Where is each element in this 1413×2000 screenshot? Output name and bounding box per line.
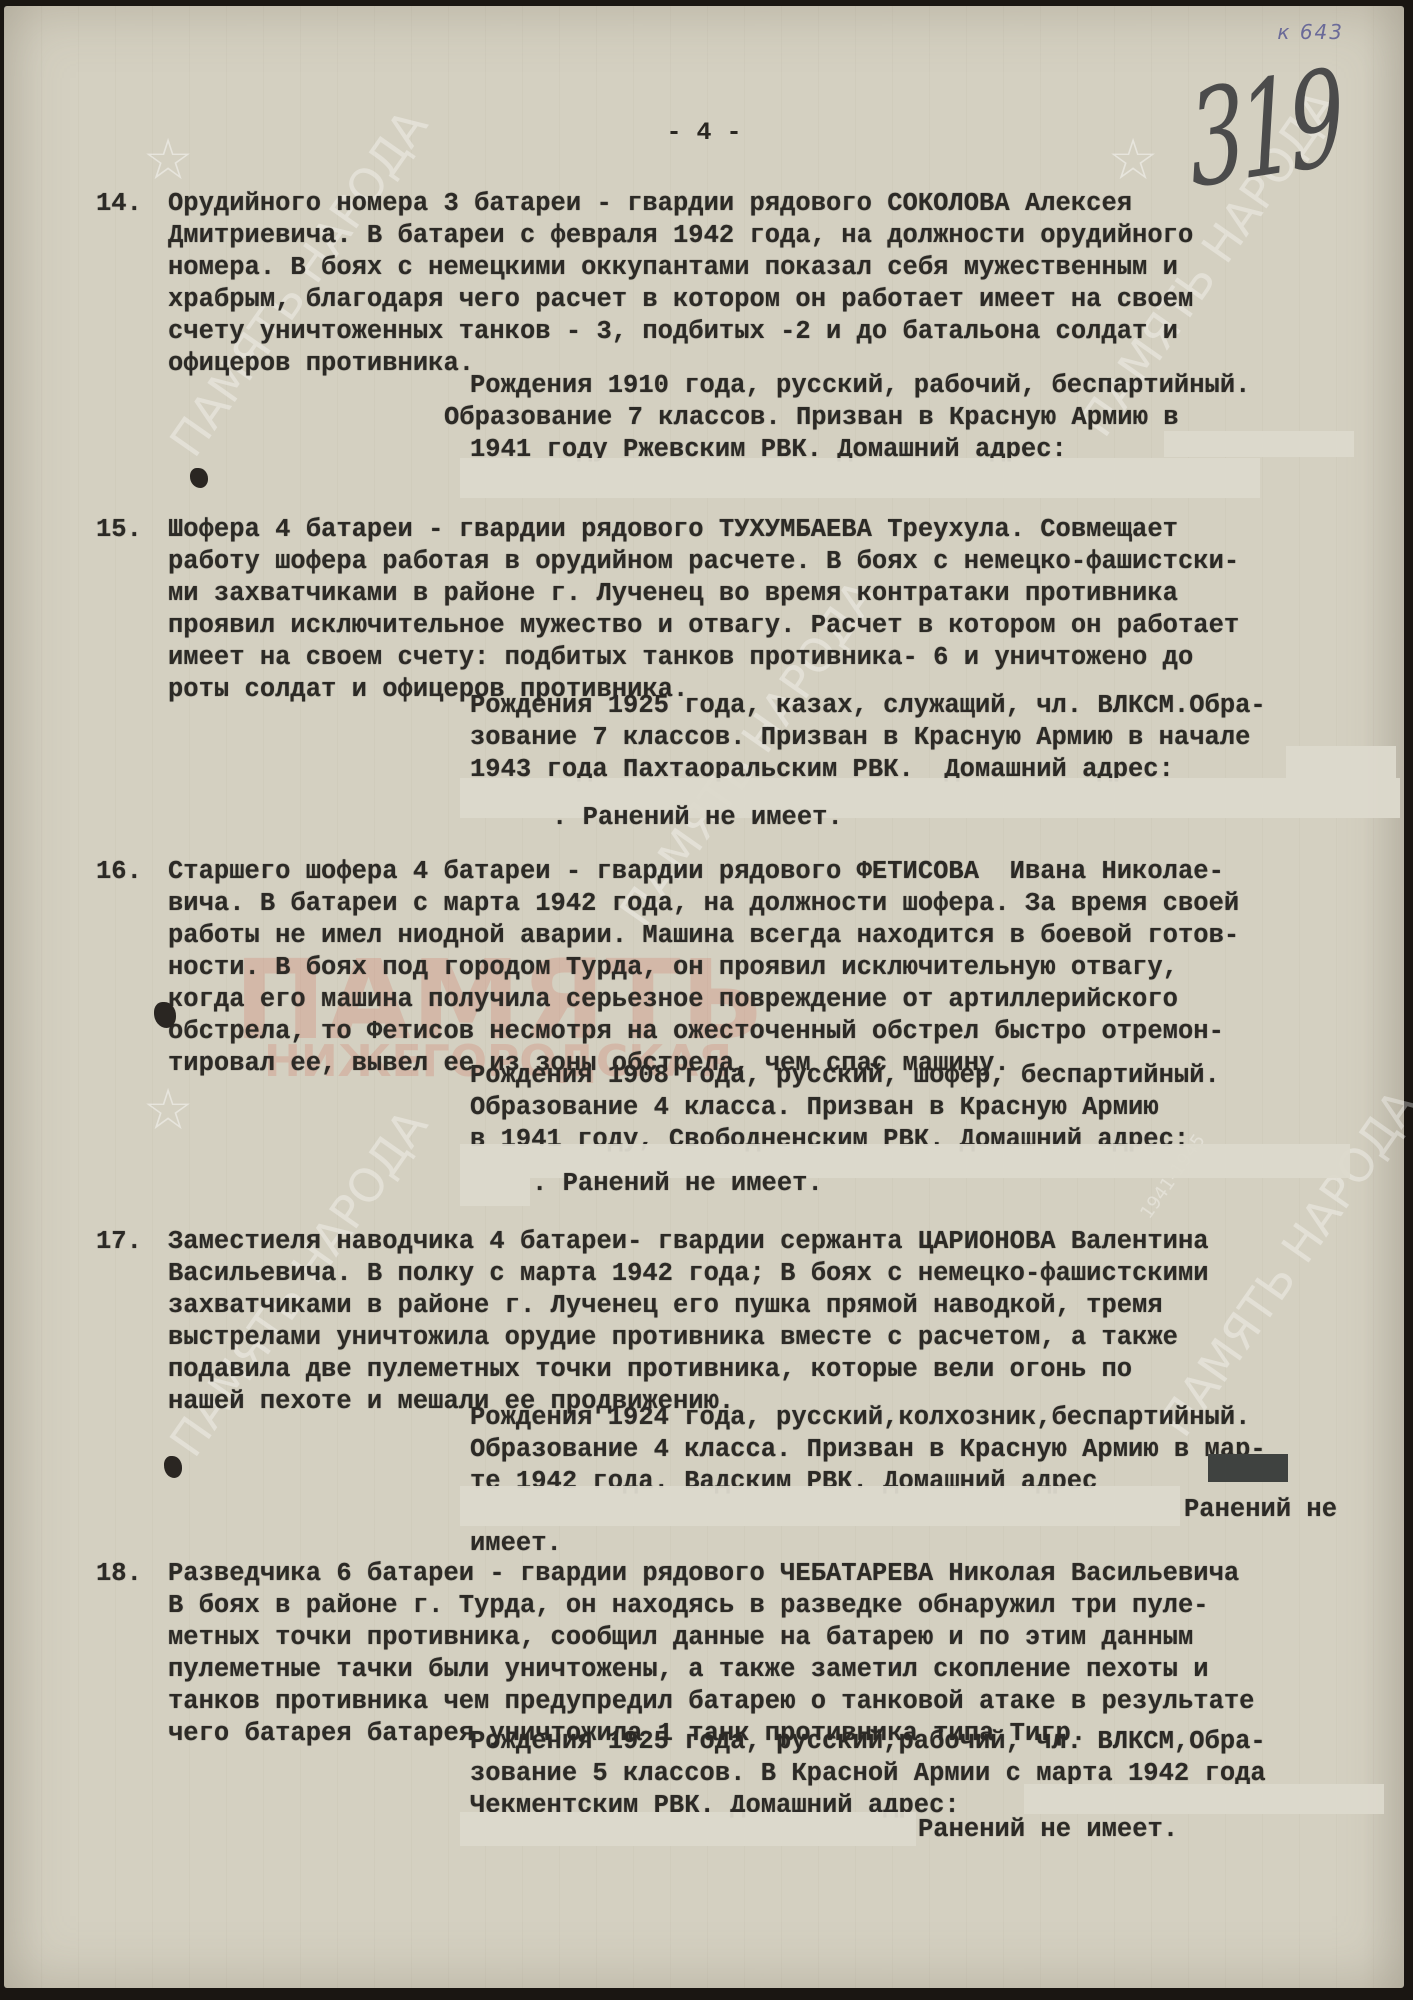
entry-line: метных точки противника, сообщил данные … [168, 1622, 1193, 1655]
entry-line: работу шофера работая в орудийном расчет… [168, 546, 1239, 579]
redacted-address [460, 1486, 1180, 1526]
entry-line: Заместиеля наводчика 4 батареи- гвардии … [168, 1226, 1209, 1259]
bio-line: Рождения 1924 года, русский,колхозник,бе… [470, 1402, 1250, 1435]
wounds-status: . Ранений не имеет. [552, 802, 843, 835]
redacted-address [460, 458, 1260, 498]
entry-line: подавила две пулеметных точки противника… [168, 1354, 1132, 1387]
entry-number: 16. [96, 856, 142, 889]
entry-line: ности. В боях под городом Турда, он проя… [168, 952, 1178, 985]
entry-line: Орудийного номера 3 батареи - гвардии ря… [168, 188, 1132, 221]
document-page: ☆ ☆ ☆ ПАМЯТЬ НАРОДА ПАМЯТЬ НАРОДА ПАМЯТЬ… [4, 6, 1404, 1988]
redacted-address [1286, 746, 1396, 778]
entry-line: захватчиками в районе г. Лученец его пуш… [168, 1290, 1163, 1323]
bio-line: Образование 7 классов. Призван в Красную… [444, 402, 1179, 435]
entry-line: вича. В батареи с марта 1942 года, на до… [168, 888, 1239, 921]
entry-number: 14. [96, 188, 142, 221]
entry-line: танков противника чем предупредил батаре… [168, 1686, 1254, 1719]
entry-line: Васильевича. В полку с марта 1942 года; … [168, 1258, 1209, 1291]
entry-line: храбрым, благодаря чего расчет в котором… [168, 284, 1193, 317]
entry-line: обстрела, то Фетисов несмотря на ожесточ… [168, 1016, 1224, 1049]
wounds-status: Ранений не [1184, 1494, 1337, 1527]
wounds-status: Ранений не имеет. [918, 1814, 1178, 1847]
entry-line: имеет на своем счету: подбитых танков пр… [168, 642, 1193, 675]
entry-line: Старшего шофера 4 батареи - гвардии рядо… [168, 856, 1224, 889]
bio-line: Образование 4 класса. Призван в Красную … [470, 1092, 1159, 1125]
entry-line: офицеров противника. [168, 348, 474, 381]
ink-blot [154, 1002, 176, 1028]
entry-line: счету уничтоженных танков - 3, подбитых … [168, 316, 1178, 349]
entry-number: 15. [96, 514, 142, 547]
entry-line: Шофера 4 батареи - гвардии рядового ТУХУ… [168, 514, 1178, 547]
bio-line: Образование 4 класса. Призван в Красную … [470, 1434, 1266, 1467]
wounds-status: . Ранений не имеет. [532, 1168, 823, 1201]
bio-line: зование 7 классов. Призван в Красную Арм… [470, 722, 1250, 755]
entry-line: пулеметные тачки были уничтожены, а такж… [168, 1654, 1209, 1687]
redacted-address [1024, 1784, 1384, 1814]
entry-line: номера. В боях с немецкими оккупантами п… [168, 252, 1178, 285]
entry-line: работы не имел ниодной аварии. Машина вс… [168, 920, 1239, 953]
wounds-status-cont: имеет. [470, 1528, 562, 1561]
entry-line: когда его машина получила серьезное повр… [168, 984, 1178, 1017]
redacted-address [1164, 431, 1354, 457]
entry-line: ми захватчиками в районе г. Лученец во в… [168, 578, 1178, 611]
page-number: - 4 - [4, 118, 1404, 147]
redacted-address [460, 1812, 916, 1846]
bio-line: Рождения 1925 года, русский,рабочий, чл.… [470, 1726, 1266, 1759]
entry-line: проявил исключительное мужество и отвагу… [168, 610, 1239, 643]
redacted-address [1208, 1454, 1288, 1482]
bio-line: Рождения 1908 года, русский, шофер, бесп… [470, 1060, 1220, 1093]
ink-blot [164, 1456, 182, 1478]
entry-line: Дмитриевича. В батареи с февраля 1942 го… [168, 220, 1193, 253]
archive-code: к 643 [1277, 20, 1344, 44]
bio-line: Рождения 1925 года, казах, служащий, чл.… [470, 690, 1266, 723]
redacted-address [460, 1178, 530, 1206]
bio-line: Рождения 1910 года, русский, рабочий, бе… [470, 370, 1250, 403]
ink-blot [190, 468, 208, 488]
entry-line: Разведчика 6 батареи - гвардии рядового … [168, 1558, 1239, 1591]
entry-line: выстрелами уничтожила орудие противника … [168, 1322, 1178, 1355]
entry-line: В боях в районе г. Турда, он находясь в … [168, 1590, 1209, 1623]
entry-number: 18. [96, 1558, 142, 1591]
entry-number: 17. [96, 1226, 142, 1259]
